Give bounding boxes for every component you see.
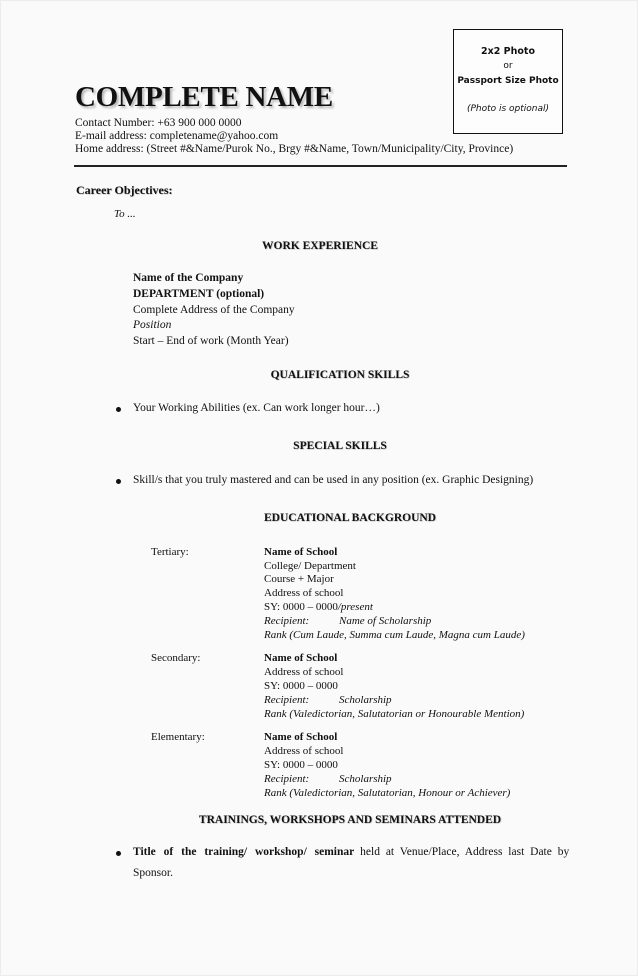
training-item: Title of the training/ workshop/ seminar… — [133, 846, 565, 858]
photo-placeholder: 2x2 Photo or Passport Size Photo (Photo … — [453, 29, 563, 134]
education-heading: EDUCATIONAL BACKGROUND — [31, 512, 638, 524]
department: DEPARTMENT (optional) — [133, 288, 264, 300]
elementary-school-name: Name of School — [264, 731, 337, 743]
elementary-recipient-value: Scholarship — [339, 773, 392, 785]
applicant-name: COMPLETE NAME — [75, 81, 333, 114]
training-title: Title of the training/ workshop/ seminar — [133, 846, 354, 858]
elementary-school-year: SY: 0000 – 0000 — [264, 759, 338, 771]
tertiary-sy: SY: 0000 – 0000 — [264, 601, 338, 613]
tertiary-label: Tertiary: — [151, 546, 189, 558]
elementary-recipient-label: Recipient: — [264, 773, 309, 785]
secondary-label: Secondary: — [151, 652, 200, 664]
elementary-label: Elementary: — [151, 731, 205, 743]
header-divider — [74, 165, 567, 167]
secondary-rank: Rank (Valedictorian, Salutatorian or Hon… — [264, 708, 524, 720]
tertiary-college: College/ Department — [264, 560, 356, 572]
position: Position — [133, 319, 171, 331]
career-objectives-text: To ... — [114, 208, 136, 220]
photo-size-label: 2x2 Photo — [454, 46, 562, 57]
training-details: held at Venue/Place, Address last Date b… — [354, 846, 569, 858]
secondary-recipient-label: Recipient: — [264, 694, 309, 706]
tertiary-school-name: Name of School — [264, 546, 337, 558]
qualification-skill-item: Your Working Abilities (ex. Can work lon… — [133, 402, 380, 414]
elementary-address: Address of school — [264, 745, 343, 757]
bullet-icon — [116, 851, 121, 856]
home-address: Home address: (Street #&Name/Purok No., … — [75, 143, 513, 155]
bullet-icon — [116, 479, 121, 484]
tertiary-course: Course + Major — [264, 573, 334, 585]
tertiary-sy-suffix: /present — [338, 601, 373, 613]
secondary-school-name: Name of School — [264, 652, 337, 664]
company-name: Name of the Company — [133, 272, 243, 284]
company-address: Complete Address of the Company — [133, 304, 295, 316]
secondary-address: Address of school — [264, 666, 343, 678]
photo-or-label: or — [454, 61, 562, 71]
photo-passport-label: Passport Size Photo — [454, 76, 562, 86]
tertiary-school-year: SY: 0000 – 0000/present — [264, 601, 373, 613]
tertiary-rank: Rank (Cum Laude, Summa cum Laude, Magna … — [264, 629, 525, 641]
contact-number: Contact Number: +63 900 000 0000 — [75, 117, 242, 129]
employment-dates: Start – End of work (Month Year) — [133, 335, 289, 347]
bullet-icon — [116, 407, 121, 412]
special-skills-heading: SPECIAL SKILLS — [21, 440, 638, 452]
training-sponsor: Sponsor. — [133, 867, 173, 879]
email-address: E-mail address: completename@yahoo.com — [75, 130, 278, 142]
tertiary-address: Address of school — [264, 587, 343, 599]
career-objectives-label: Career Objectives: — [76, 183, 173, 198]
secondary-recipient-value: Scholarship — [339, 694, 392, 706]
tertiary-recipient-value: Name of Scholarship — [339, 615, 431, 627]
photo-optional-note: (Photo is optional) — [454, 104, 562, 114]
qualification-skills-heading: QUALIFICATION SKILLS — [21, 369, 638, 381]
resume-page: 2x2 Photo or Passport Size Photo (Photo … — [0, 0, 638, 976]
tertiary-recipient-label: Recipient: — [264, 615, 309, 627]
elementary-rank: Rank (Valedictorian, Salutatorian, Honou… — [264, 787, 510, 799]
secondary-school-year: SY: 0000 – 0000 — [264, 680, 338, 692]
work-experience-heading: WORK EXPERIENCE — [1, 240, 638, 252]
special-skill-item: Skill/s that you truly mastered and can … — [133, 474, 533, 486]
trainings-heading: TRAININGS, WORKSHOPS AND SEMINARS ATTEND… — [31, 814, 638, 826]
